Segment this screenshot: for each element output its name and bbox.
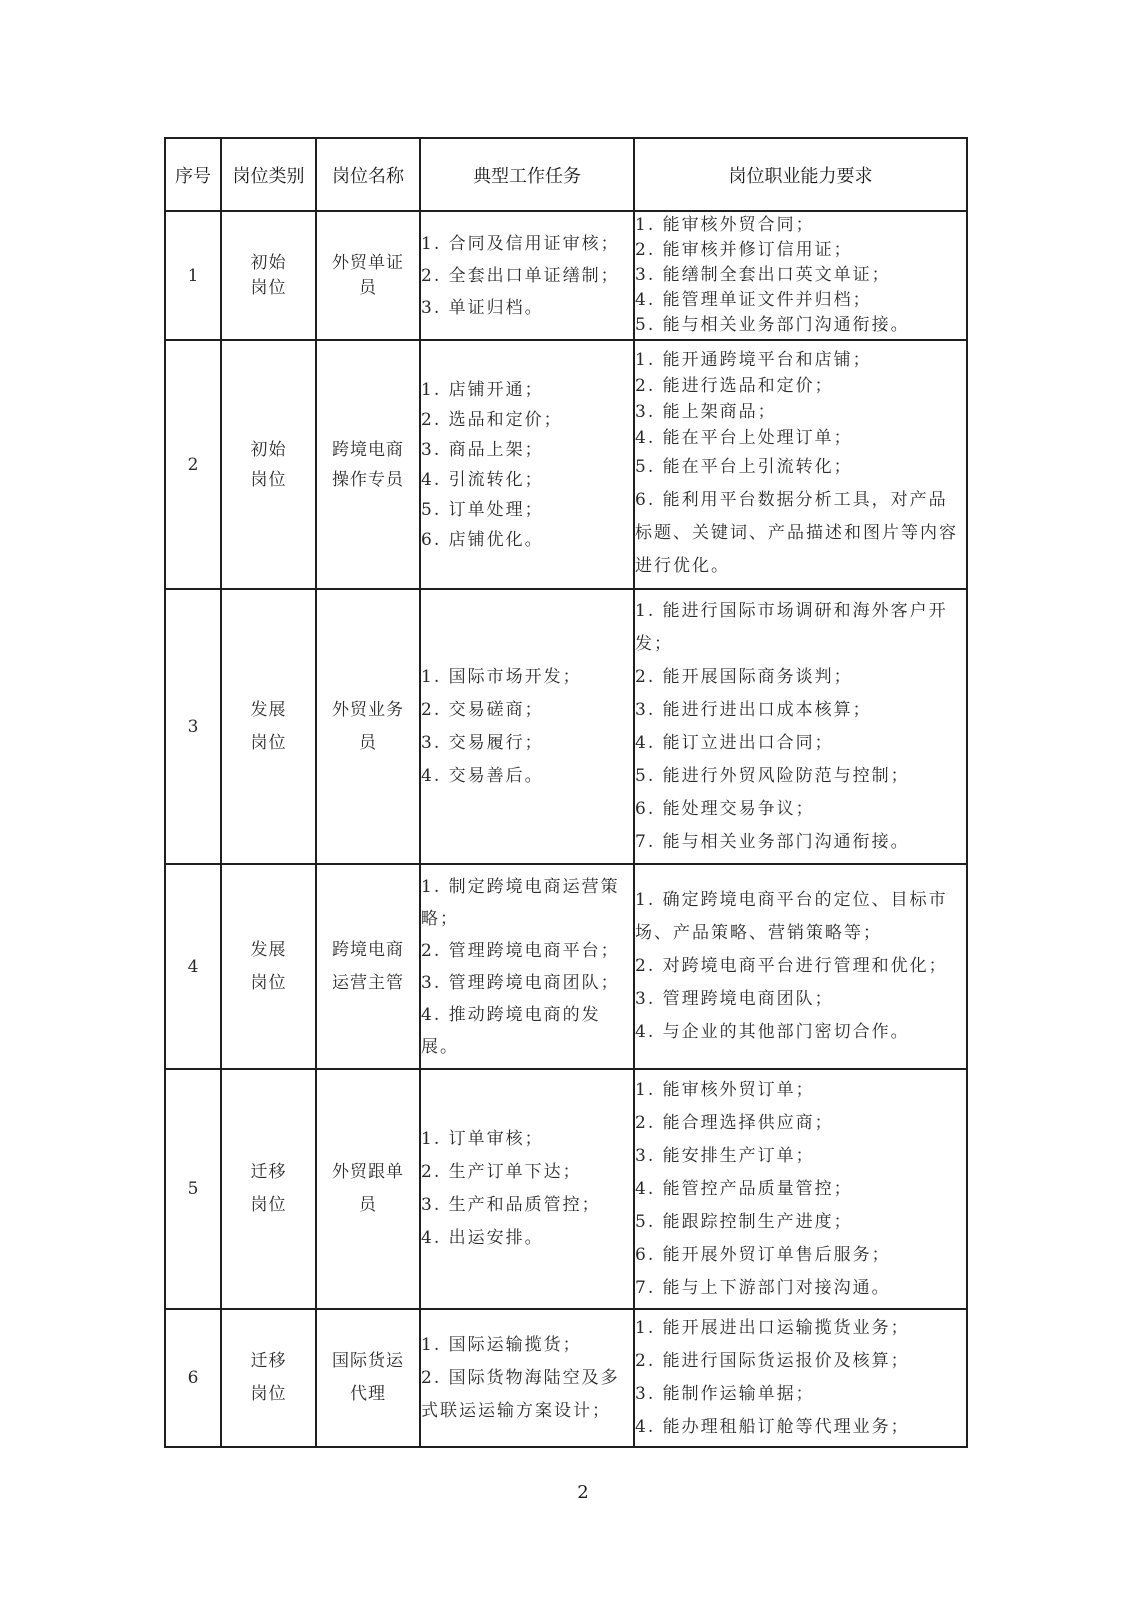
job-category: 迁移 岗位 — [221, 1309, 316, 1447]
table-row: 2 初始 岗位 跨境电商 操作专员 1. 店铺开通； 2. 选品和定价； 3. … — [165, 340, 967, 589]
competency-requirements: 1. 能开通跨境平台和店铺； 2. 能进行选品和定价； 3. 能上架商品； 4.… — [634, 340, 967, 589]
text-line: 岗位 — [222, 1189, 315, 1222]
requirement-item: 2. 对跨境电商平台进行管理和优化； — [635, 950, 966, 983]
typical-tasks: 1. 制定跨境电商运营策略； 2. 管理跨境电商平台； 3. 管理跨境电商团队；… — [420, 864, 634, 1069]
typical-tasks: 1. 订单审核； 2. 生产订单下达； 3. 生产和品质管控； 4. 出运安排。 — [420, 1069, 634, 1309]
requirement-item: 3. 管理跨境电商团队； — [635, 983, 966, 1016]
task-item: 5. 订单处理； — [421, 495, 633, 525]
text-line: 跨境电商 — [317, 435, 419, 465]
typical-tasks: 1. 国际市场开发； 2. 交易磋商； 3. 交易履行； 4. 交易善后。 — [420, 589, 634, 864]
job-category: 发展 岗位 — [221, 589, 316, 864]
text-line: 外贸业务 — [317, 694, 419, 727]
task-item: 3. 交易履行； — [421, 727, 633, 760]
job-name: 外贸跟单 员 — [316, 1069, 420, 1309]
job-category: 迁移 岗位 — [221, 1069, 316, 1309]
requirement-item: 6. 能利用平台数据分析工具，对产品标题、关键词、产品描述和图片等内容进行优化。 — [635, 484, 966, 583]
row-number: 1 — [165, 211, 221, 340]
row-number: 2 — [165, 340, 221, 589]
text-line: 发展 — [222, 934, 315, 967]
typical-tasks: 1. 国际运输揽货； 2. 国际货物海陆空及多式联运运输方案设计； — [420, 1309, 634, 1447]
typical-tasks: 1. 店铺开通； 2. 选品和定价； 3. 商品上架； 4. 引流转化； 5. … — [420, 340, 634, 589]
text-line: 代理 — [317, 1378, 419, 1411]
header-no: 序号 — [165, 138, 221, 211]
requirement-item: 4. 与企业的其他部门密切合作。 — [635, 1016, 966, 1049]
job-competency-table: 序号 岗位类别 岗位名称 典型工作任务 岗位职业能力要求 1 初始 岗位 外贸单… — [164, 137, 968, 1448]
header-category: 岗位类别 — [221, 138, 316, 211]
job-category: 发展 岗位 — [221, 864, 316, 1069]
task-item: 3. 生产和品质管控； — [421, 1189, 633, 1222]
text-line: 初始 — [222, 435, 315, 465]
table-row: 5 迁移 岗位 外贸跟单 员 1. 订单审核； 2. 生产订单下达； 3. 生产… — [165, 1069, 967, 1309]
task-item: 1. 国际市场开发； — [421, 661, 633, 694]
competency-requirements: 1. 确定跨境电商平台的定位、目标市场、产品策略、营销策略等； 2. 对跨境电商… — [634, 864, 967, 1069]
text-line: 岗位 — [222, 276, 315, 301]
requirement-item: 6. 能开展外贸订单售后服务； — [635, 1239, 966, 1272]
text-line: 员 — [317, 276, 419, 301]
requirement-item: 5. 能跟踪控制生产进度； — [635, 1206, 966, 1239]
table-row: 4 发展 岗位 跨境电商 运营主管 1. 制定跨境电商运营策略； 2. 管理跨境… — [165, 864, 967, 1069]
text-line: 国际货运 — [317, 1345, 419, 1378]
requirement-item: 4. 能在平台上处理订单； — [635, 425, 966, 451]
task-item: 4. 引流转化； — [421, 465, 633, 495]
requirement-item: 2. 能进行国际货运报价及核算； — [635, 1345, 966, 1378]
competency-requirements: 1. 能审核外贸合同； 2. 能审核并修订信用证； 3. 能缮制全套出口英文单证… — [634, 211, 967, 340]
task-item: 4. 出运安排。 — [421, 1222, 633, 1255]
job-name: 跨境电商 运营主管 — [316, 864, 420, 1069]
task-item: 6. 店铺优化。 — [421, 525, 633, 555]
text-line: 岗位 — [222, 465, 315, 495]
requirement-item: 5. 能与相关业务部门沟通衔接。 — [635, 313, 966, 338]
text-line: 操作专员 — [317, 465, 419, 495]
requirement-item: 4. 能订立进出口合同； — [635, 727, 966, 760]
task-item: 1. 店铺开通； — [421, 375, 633, 405]
requirement-item: 4. 能管控产品质量管控； — [635, 1173, 966, 1206]
text-line: 岗位 — [222, 1378, 315, 1411]
requirement-item: 5. 能在平台上引流转化； — [635, 451, 966, 484]
row-number: 5 — [165, 1069, 221, 1309]
document-page: 序号 岗位类别 岗位名称 典型工作任务 岗位职业能力要求 1 初始 岗位 外贸单… — [0, 0, 1131, 1600]
requirement-item: 6. 能处理交易争议； — [635, 793, 966, 826]
requirement-item: 2. 能审核并修订信用证； — [635, 238, 966, 263]
job-category: 初始 岗位 — [221, 340, 316, 589]
text-line: 迁移 — [222, 1345, 315, 1378]
task-item: 4. 推动跨境电商的发展。 — [421, 999, 633, 1063]
task-item: 3. 单证归档。 — [421, 292, 633, 324]
requirement-item: 4. 能办理租船订舱等代理业务； — [635, 1411, 966, 1444]
job-name: 外贸业务 员 — [316, 589, 420, 864]
task-item: 4. 交易善后。 — [421, 760, 633, 793]
task-item: 3. 商品上架； — [421, 435, 633, 465]
text-line: 跨境电商 — [317, 934, 419, 967]
table-header-row: 序号 岗位类别 岗位名称 典型工作任务 岗位职业能力要求 — [165, 138, 967, 211]
text-line: 岗位 — [222, 727, 315, 760]
requirement-item: 1. 能进行国际市场调研和海外客户开发； — [635, 595, 966, 661]
task-item: 3. 管理跨境电商团队； — [421, 967, 633, 999]
header-requirements: 岗位职业能力要求 — [634, 138, 967, 211]
row-number: 4 — [165, 864, 221, 1069]
requirement-item: 3. 能缮制全套出口英文单证； — [635, 263, 966, 288]
requirement-item: 3. 能制作运输单据； — [635, 1378, 966, 1411]
task-item: 2. 国际货物海陆空及多式联运运输方案设计； — [421, 1362, 633, 1428]
text-line: 员 — [317, 727, 419, 760]
job-name: 跨境电商 操作专员 — [316, 340, 420, 589]
job-name: 国际货运 代理 — [316, 1309, 420, 1447]
text-line: 迁移 — [222, 1156, 315, 1189]
task-item: 1. 合同及信用证审核； — [421, 228, 633, 260]
task-item: 1. 订单审核； — [421, 1123, 633, 1156]
requirement-item: 1. 能审核外贸订单； — [635, 1074, 966, 1107]
competency-requirements: 1. 能审核外贸订单； 2. 能合理选择供应商； 3. 能安排生产订单； 4. … — [634, 1069, 967, 1309]
job-name: 外贸单证 员 — [316, 211, 420, 340]
table-row: 3 发展 岗位 外贸业务 员 1. 国际市场开发； 2. 交易磋商； 3. 交易… — [165, 589, 967, 864]
requirement-item: 3. 能安排生产订单； — [635, 1140, 966, 1173]
typical-tasks: 1. 合同及信用证审核； 2. 全套出口单证缮制； 3. 单证归档。 — [420, 211, 634, 340]
requirement-item: 1. 确定跨境电商平台的定位、目标市场、产品策略、营销策略等； — [635, 884, 966, 950]
table-row: 6 迁移 岗位 国际货运 代理 1. 国际运输揽货； 2. 国际货物海陆空及多式… — [165, 1309, 967, 1447]
text-line: 运营主管 — [317, 967, 419, 1000]
row-number: 6 — [165, 1309, 221, 1447]
row-number: 3 — [165, 589, 221, 864]
task-item: 2. 生产订单下达； — [421, 1156, 633, 1189]
task-item: 2. 选品和定价； — [421, 405, 633, 435]
requirement-item: 5. 能进行外贸风险防范与控制； — [635, 760, 966, 793]
text-line: 员 — [317, 1189, 419, 1222]
task-item: 1. 国际运输揽货； — [421, 1329, 633, 1362]
text-line: 初始 — [222, 251, 315, 276]
requirement-item: 2. 能开展国际商务谈判； — [635, 661, 966, 694]
requirement-item: 1. 能开展进出口运输揽货业务； — [635, 1312, 966, 1345]
task-item: 2. 管理跨境电商平台； — [421, 935, 633, 967]
requirement-item: 7. 能与上下游部门对接沟通。 — [635, 1272, 966, 1305]
text-line: 外贸单证 — [317, 251, 419, 276]
text-line: 岗位 — [222, 967, 315, 1000]
requirement-item: 4. 能管理单证文件并归档； — [635, 288, 966, 313]
requirement-item: 3. 能进行进出口成本核算； — [635, 694, 966, 727]
job-category: 初始 岗位 — [221, 211, 316, 340]
task-item: 1. 制定跨境电商运营策略； — [421, 871, 633, 935]
task-item: 2. 交易磋商； — [421, 694, 633, 727]
table-row: 1 初始 岗位 外贸单证 员 1. 合同及信用证审核； 2. 全套出口单证缮制；… — [165, 211, 967, 340]
text-line: 发展 — [222, 694, 315, 727]
requirement-item: 3. 能上架商品； — [635, 399, 966, 425]
requirement-item: 2. 能进行选品和定价； — [635, 373, 966, 399]
header-name: 岗位名称 — [316, 138, 420, 211]
requirement-item: 1. 能审核外贸合同； — [635, 213, 966, 238]
text-line: 外贸跟单 — [317, 1156, 419, 1189]
requirement-item: 7. 能与相关业务部门沟通衔接。 — [635, 826, 966, 859]
page-number: 2 — [0, 1482, 1131, 1503]
requirement-item: 1. 能开通跨境平台和店铺； — [635, 347, 966, 373]
competency-requirements: 1. 能开展进出口运输揽货业务； 2. 能进行国际货运报价及核算； 3. 能制作… — [634, 1309, 967, 1447]
task-item: 2. 全套出口单证缮制； — [421, 260, 633, 292]
requirement-item: 2. 能合理选择供应商； — [635, 1107, 966, 1140]
header-tasks: 典型工作任务 — [420, 138, 634, 211]
competency-requirements: 1. 能进行国际市场调研和海外客户开发； 2. 能开展国际商务谈判； 3. 能进… — [634, 589, 967, 864]
